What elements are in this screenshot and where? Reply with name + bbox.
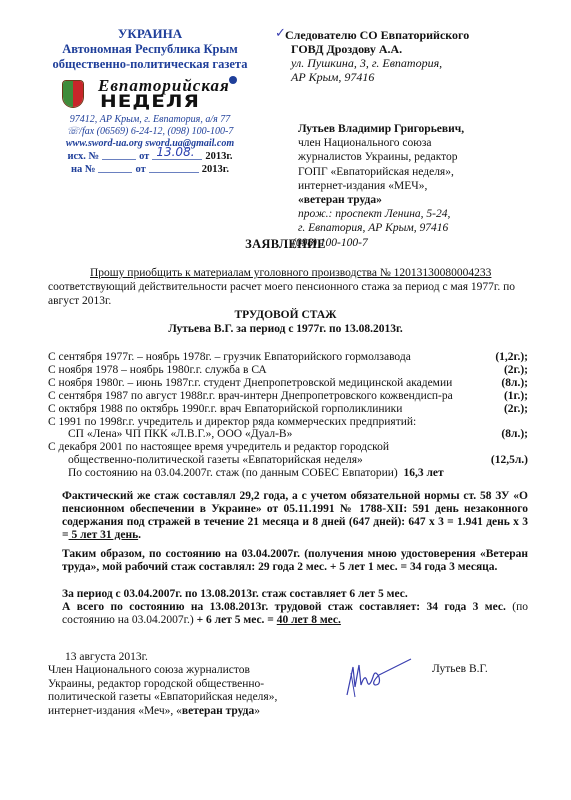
total-result: 40 лет 8 мес. (277, 614, 341, 626)
history-row: С сентября 1977г. – ноябрь 1978г. – груз… (48, 351, 528, 364)
letterhead-address: 97412, АР Крым, г. Евпатория, а/я 77 (30, 114, 270, 126)
incoming-ref: на № от 2013г. (30, 163, 270, 176)
sender-line: ГОПГ «Евпаторийская неделя», (298, 165, 558, 179)
history-row: С сентября 1987 по август 1988г.г. врач-… (48, 390, 528, 403)
intro-paragraph: Прошу приобщить к материалам уголовного … (48, 266, 528, 308)
employment-history: С сентября 1977г. – ноябрь 1978г. – груз… (48, 351, 528, 480)
handwritten-date: 13.08. (156, 146, 194, 159)
history-row-cont: общественно-политической газеты «Евпатор… (48, 454, 528, 467)
history-duration: (2г.); (504, 364, 528, 377)
letterhead-republic: Автономная Республика Крым (30, 42, 270, 57)
incoming-from-label: от (135, 163, 145, 176)
paragraph-summary-2007: Таким образом, по состоянию на 03.04.200… (48, 548, 528, 574)
outgoing-from-label: от (139, 150, 149, 163)
history-row: С 1991 по 1998г.г. учредитель и директор… (48, 416, 528, 429)
paragraph-2007-2013: За период с 03.04.2007г. по 13.08.2013г.… (48, 588, 528, 601)
incoming-label: на № (71, 163, 95, 176)
history-row-cont: СП «Лена» ЧП ПКК «Л.В.Г.», ООО «Дуал-В»(… (48, 428, 528, 441)
paragraph-actual-stazh: Фактический же стаж составлял 29,2 года,… (48, 490, 528, 542)
history-row: С октября 1988 по октябрь 1990г.г. врач … (48, 403, 528, 416)
outgoing-number-blank (102, 150, 136, 160)
section-title: ТРУДОВОЙ СТАЖ (0, 309, 571, 321)
newspaper-logo: Евпаторийская НЕДЕЛЯ (30, 74, 270, 114)
addressee-block: ✓ Следователю СО Евпаторийского ГОВД Дро… (285, 28, 555, 84)
signature-block: Член Национального союза журналистов Укр… (48, 664, 308, 718)
addressee-line4: АР Крым, 97416 (285, 70, 555, 84)
letterhead-country: УКРАИНА (30, 26, 270, 42)
history-duration: (12,5л.) (491, 454, 528, 467)
history-row: С ноября 1978 – ноябрь 1980г.г. служба в… (48, 364, 528, 377)
intro-underlined: Прошу приобщить к материалам уголовного … (48, 266, 528, 280)
signature-name: Лутьев В.Г. (432, 663, 488, 675)
intro-rest: соответствующий действительности расчет … (48, 280, 528, 308)
history-duration: (8л.); (501, 428, 528, 441)
document-title: ЗАЯВЛЕНИЕ (0, 237, 571, 252)
outgoing-date-blank: 13.08. (152, 150, 202, 160)
coat-of-arms-icon (62, 80, 84, 108)
incoming-date-blank (149, 163, 199, 173)
letterhead-web-email: www.sword-ua.org sword.ua@gmail.com (30, 138, 270, 150)
letterhead: УКРАИНА Автономная Республика Крым общес… (30, 26, 270, 176)
addressee-line1: Следователю СО Евпаторийского (285, 28, 555, 42)
handwritten-signature-icon (345, 655, 415, 700)
sender-name: Лутьев Владимир Григорьевич, (298, 122, 558, 136)
history-row: С ноября 1980г. – июнь 1987г.г. студент … (48, 377, 528, 390)
incoming-year: 2013г. (202, 163, 229, 176)
signature-date: 13 августа 2013г. (65, 651, 148, 663)
addressee-line2: ГОВД Дроздову А.А. (285, 42, 555, 56)
outgoing-label: исх. № (67, 150, 99, 163)
section-subtitle: Лутьева В.Г. за период с 1977г. по 13.08… (0, 323, 571, 335)
outgoing-ref: исх. № от 13.08. 2013г. (30, 150, 270, 163)
sender-line: член Национального союза (298, 136, 558, 150)
sender-address1: прож.: проспект Ленина, 5-24, (298, 207, 558, 221)
history-duration: (8л.); (501, 377, 528, 390)
history-duration: (1г.); (504, 390, 528, 403)
history-row: С декабря 2001 по настоящее время учреди… (48, 441, 528, 454)
crescent-icon (229, 76, 237, 84)
sender-line: журналистов Украины, редактор (298, 150, 558, 164)
outgoing-year: 2013г. (205, 150, 232, 163)
sender-block: Лутьев Владимир Григорьевич, член Национ… (298, 122, 558, 250)
sender-title: «ветеран труда» (298, 193, 558, 207)
result-5-years: 5 лет 31 день (69, 529, 139, 541)
incoming-number-blank (98, 163, 132, 173)
sender-line: интернет-издания «МЕЧ», (298, 179, 558, 193)
sobes-total: По состоянию на 03.04.2007г. стаж (по да… (48, 467, 528, 480)
sender-address2: г. Евпатория, АР Крым, 97416 (298, 221, 558, 235)
history-duration: (1,2г.); (495, 351, 528, 364)
paragraph-total: А всего по состоянию на 13.08.2013г. тру… (48, 601, 528, 627)
letterhead-phone-fax: ☏/fax (06569) 6-24-12, (098) 100-100-7 (30, 126, 270, 138)
history-duration: (2г.); (504, 403, 528, 416)
addressee-line3: ул. Пушкина, 3, г. Евпатория, (285, 56, 555, 70)
logo-block-text: НЕДЕЛЯ (100, 91, 200, 111)
letterhead-paper-type: общественно-политическая газета (30, 57, 270, 72)
checkmark-icon: ✓ (275, 26, 286, 40)
